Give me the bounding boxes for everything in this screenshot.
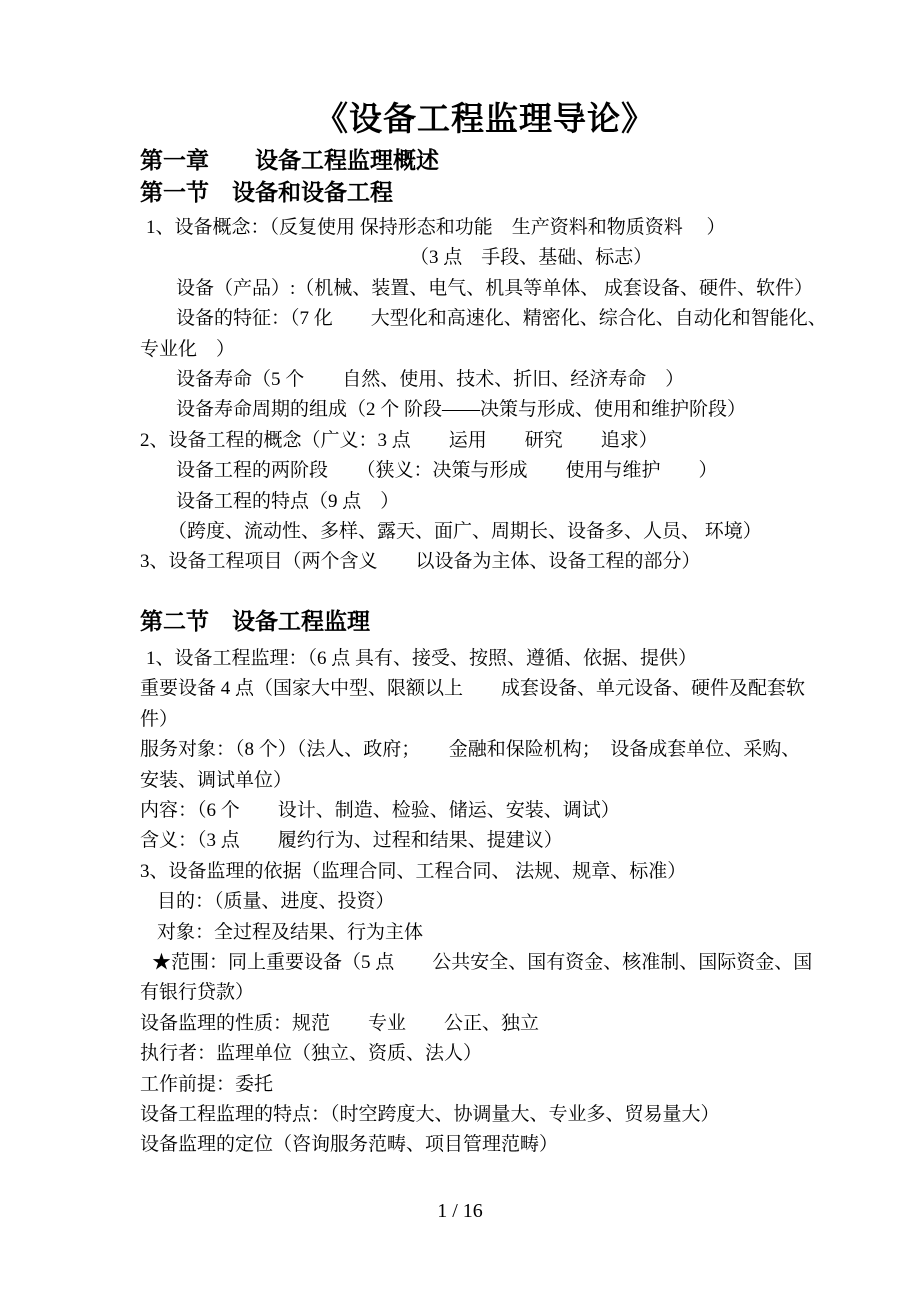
document-title: 《设备工程监理导论》 bbox=[140, 98, 830, 142]
text-line: 设备（产品）:（机械、装置、电气、机具等单体、 成套设备、硬件、软件） bbox=[140, 274, 830, 304]
text-line: 有银行贷款） bbox=[140, 978, 830, 1008]
text-line: 安装、调试单位） bbox=[140, 766, 830, 796]
document-page: 《设备工程监理导论》 第一章 设备工程监理概述 第一节 设备和设备工程 1、设备… bbox=[0, 0, 920, 1302]
text-line: 工作前提：委托 bbox=[140, 1070, 830, 1100]
document-content: 《设备工程监理导论》 第一章 设备工程监理概述 第一节 设备和设备工程 1、设备… bbox=[140, 98, 830, 1161]
text-line: ★范围：同上重要设备（5 点 公共安全、国有资金、核准制、国际资金、国 bbox=[140, 948, 830, 978]
text-line: 设备监理的性质：规范 专业 公正、独立 bbox=[140, 1009, 830, 1039]
text-line: 专业化 ） bbox=[140, 335, 830, 365]
text-line: 件） bbox=[140, 705, 830, 735]
section-1-heading: 第一节 设备和设备工程 bbox=[140, 177, 830, 209]
text-line: 目的：（质量、进度、投资） bbox=[140, 887, 830, 917]
text-line: 内容：（6 个 设计、制造、检验、储运、安装、调试） bbox=[140, 796, 830, 826]
text-line: （3 点 手段、基础、标志） bbox=[140, 243, 830, 273]
text-line: 设备工程的特点（9 点 ） bbox=[140, 487, 830, 517]
section-2-heading: 第二节 设备工程监理 bbox=[140, 606, 830, 638]
page-number: 1 / 16 bbox=[0, 1196, 920, 1226]
text-line: 重要设备 4 点（国家大中型、限额以上 成套设备、单元设备、硬件及配套软 bbox=[140, 674, 830, 704]
text-line: 设备的特征：（7 化 大型化和高速化、精密化、综合化、自动化和智能化、 bbox=[140, 304, 830, 334]
text-line: 设备工程监理的特点：（时空跨度大、协调量大、专业多、贸易量大） bbox=[140, 1100, 830, 1130]
text-line: 3、设备监理的依据（监理合同、工程合同、 法规、规章、标准） bbox=[140, 857, 830, 887]
text-line: 设备监理的定位（咨询服务范畴、项目管理范畴） bbox=[140, 1130, 830, 1160]
text-line: 1、设备工程监理：（6 点 具有、接受、按照、遵循、依据、提供） bbox=[140, 644, 830, 674]
text-line: 1、设备概念：（反复使用 保持形态和功能 生产资料和物质资料 ） bbox=[140, 213, 830, 243]
chapter-1-heading: 第一章 设备工程监理概述 bbox=[140, 145, 830, 177]
text-line: 服务对象：（8 个）（法人、政府； 金融和保险机构； 设备成套单位、采购、 bbox=[140, 735, 830, 765]
text-line: 设备工程的两阶段 （狭义：决策与形成 使用与维护 ） bbox=[140, 456, 830, 486]
text-line: 3、设备工程项目（两个含义 以设备为主体、设备工程的部分） bbox=[140, 547, 830, 577]
text-line: 设备寿命周期的组成（2 个 阶段——决策与形成、使用和维护阶段） bbox=[140, 395, 830, 425]
text-line: 设备寿命（5 个 自然、使用、技术、折旧、经济寿命 ） bbox=[140, 365, 830, 395]
text-line: 含义：（3 点 履约行为、过程和结果、提建议） bbox=[140, 826, 830, 856]
text-line: （跨度、流动性、多样、露天、面广、周期长、设备多、人员、 环境） bbox=[140, 517, 830, 547]
text-line: 执行者：监理单位（独立、资质、法人） bbox=[140, 1039, 830, 1069]
text-line: 2、设备工程的概念（广义：3 点 运用 研究 追求） bbox=[140, 426, 830, 456]
text-line: 对象：全过程及结果、行为主体 bbox=[140, 918, 830, 948]
